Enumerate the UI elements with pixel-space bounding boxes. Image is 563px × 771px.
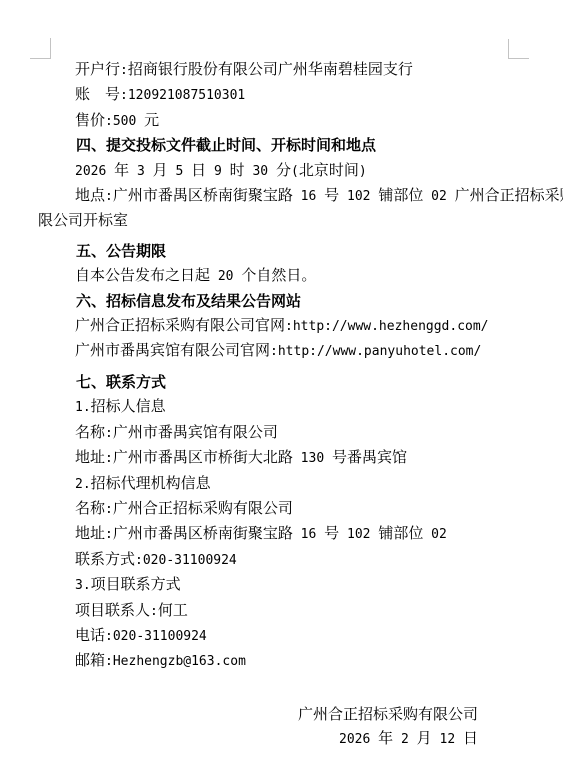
- doc-line: 3.项目联系方式: [75, 573, 528, 598]
- latin-text: 5: [168, 164, 191, 179]
- crop-mark-top-right: [508, 39, 529, 59]
- latin-text: (: [291, 164, 299, 179]
- section-heading: 五、公告期限: [76, 240, 528, 264]
- crop-mark-top-left: [30, 38, 51, 59]
- doc-line: 地点:广州市番禺区桥南街聚宝路 16 号 102 铺部位 02 广州合正招标采购…: [75, 184, 528, 209]
- latin-text: 2: [393, 732, 416, 747]
- section-heading: 四、提交投标文件截止时间、开标时间和地点: [76, 134, 528, 158]
- doc-line: 2.招标代理机构信息: [75, 472, 528, 497]
- section-heading: 七、联系方式: [76, 371, 528, 395]
- latin-text: :: [120, 63, 128, 78]
- latin-text: :: [105, 527, 113, 542]
- latin-text: 12: [432, 732, 463, 747]
- doc-line: 1.招标人信息: [75, 395, 528, 420]
- latin-text: 102: [339, 527, 378, 542]
- doc-line: 项目联系人:何工: [75, 599, 528, 624]
- doc-line: 2026 年 3 月 5 日 9 时 30 分(北京时间): [75, 159, 528, 184]
- doc-line: 电话:020-31100924: [75, 624, 528, 649]
- latin-text: 02: [423, 527, 446, 542]
- doc-line: 账 号:120921087510301: [75, 83, 528, 108]
- signature-company: 广州合正招标采购有限公司: [40, 703, 478, 727]
- latin-text: 1.: [75, 400, 91, 415]
- latin-text: :120921087510301: [120, 88, 245, 103]
- section-heading: 六、招标信息发布及结果公告网站: [76, 290, 528, 314]
- signature-block: 广州合正招标采购有限公司 2026 年 2 月 12 日: [40, 703, 528, 753]
- latin-text: 20: [210, 269, 241, 284]
- doc-line: 开户行:招商银行股份有限公司广州华南碧桂园支行: [75, 58, 528, 83]
- latin-text: :Hezhengzb@163.com: [105, 654, 246, 669]
- latin-text: :020-31100924: [135, 553, 237, 568]
- doc-line: 售价:500 元: [75, 109, 528, 134]
- doc-line: 名称:广州市番禺宾馆有限公司: [75, 421, 528, 446]
- document-body: 开户行:招商银行股份有限公司广州华南碧桂园支行账 号:1209210875103…: [40, 58, 528, 753]
- latin-text: 3.: [75, 578, 91, 593]
- doc-line: 广州市番禺宾馆有限公司官网:http://www.panyuhotel.com/: [75, 339, 528, 364]
- latin-text: 30: [245, 164, 276, 179]
- latin-text: 9: [206, 164, 229, 179]
- doc-line: 地址:广州市番禺区市桥街大北路 130 号番禺宾馆: [75, 446, 528, 471]
- doc-line: 名称:广州合正招标采购有限公司: [75, 497, 528, 522]
- latin-text: :http://www.hezhenggd.com/: [285, 319, 489, 334]
- latin-text: 2.: [75, 477, 91, 492]
- doc-line: 自本公告发布之日起 20 个自然日。: [75, 264, 528, 289]
- latin-text: 2026: [75, 164, 114, 179]
- latin-text: :020-31100924: [105, 629, 207, 644]
- latin-text: 130: [293, 451, 332, 466]
- latin-text: 3: [129, 164, 152, 179]
- doc-line: 邮箱:Hezhengzb@163.com: [75, 649, 528, 674]
- latin-text: 16: [293, 527, 324, 542]
- signature-date: 2026 年 2 月 12 日: [40, 727, 478, 752]
- latin-text: 16: [293, 189, 324, 204]
- latin-text: ): [359, 164, 367, 179]
- latin-text: 2026: [339, 732, 378, 747]
- document-page: 开户行:招商银行股份有限公司广州华南碧桂园支行账 号:1209210875103…: [0, 0, 563, 771]
- doc-line: 广州合正招标采购有限公司官网:http://www.hezhenggd.com/: [75, 314, 528, 339]
- document-lines: 开户行:招商银行股份有限公司广州华南碧桂园支行账 号:1209210875103…: [40, 58, 528, 675]
- latin-text: :: [105, 189, 113, 204]
- doc-line: 联系方式:020-31100924: [75, 548, 528, 573]
- latin-text: :: [105, 451, 113, 466]
- latin-text: :: [105, 426, 113, 441]
- doc-line: 地址:广州市番禺区桥南街聚宝路 16 号 102 铺部位 02: [75, 522, 528, 547]
- latin-text: 02: [423, 189, 454, 204]
- latin-text: :http://www.panyuhotel.com/: [270, 344, 481, 359]
- latin-text: :: [150, 604, 158, 619]
- latin-text: 102: [339, 189, 378, 204]
- latin-text: :500: [105, 114, 144, 129]
- latin-text: :: [105, 502, 113, 517]
- doc-line: 限公司开标室: [38, 209, 528, 233]
